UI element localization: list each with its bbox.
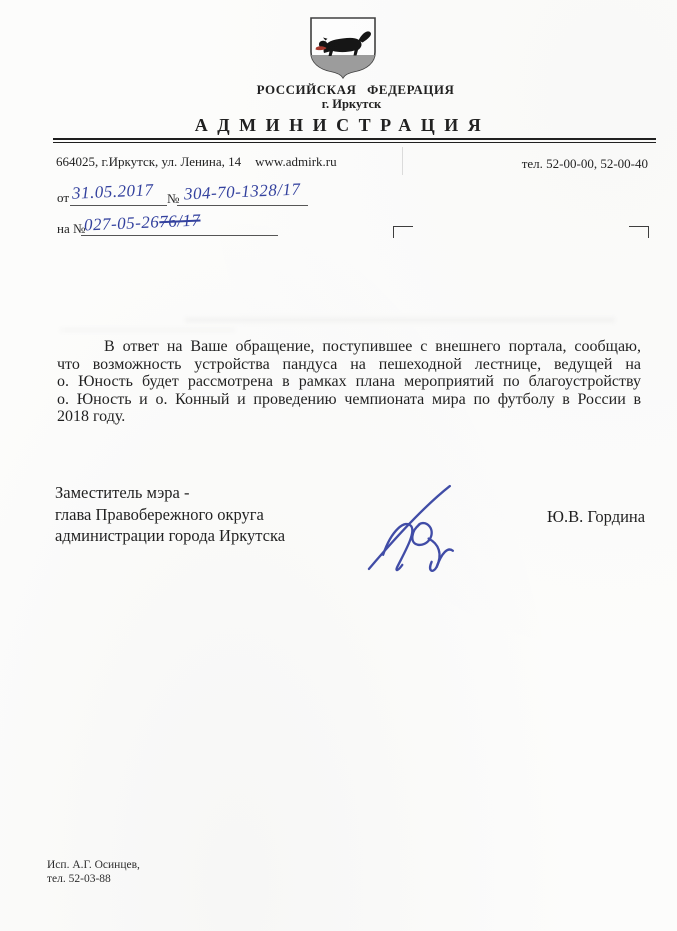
- letter-body-paragraph: В ответ на Ваше обращение, поступившее с…: [57, 338, 641, 426]
- ref-from-label: от: [57, 190, 69, 206]
- website-url: www.admirk.ru: [255, 154, 336, 169]
- handwritten-signature: [360, 480, 478, 576]
- signer-position-line: администрации города Иркутска: [55, 525, 285, 547]
- letterhead-city: г. Иркутск: [0, 97, 677, 112]
- letterhead-address-line: 664025, г.Иркутск, ул. Ленина, 14www.adm…: [56, 154, 337, 170]
- signer-position-block: Заместитель мэра - глава Правобережного …: [55, 482, 285, 547]
- ref-num-underline: [177, 205, 308, 206]
- irkutsk-coat-of-arms-icon: [309, 15, 377, 81]
- ref-num-value-handwritten: 304-70-1328/17: [184, 182, 301, 202]
- ref-on-underline: [81, 235, 278, 236]
- address-divider-line: [402, 147, 403, 175]
- ref-from-date-handwritten: 31.05.2017: [72, 182, 154, 202]
- body-line: 2018 году.: [57, 408, 641, 426]
- body-line: о. Юность и о. Конный и проведению чемпи…: [57, 391, 641, 409]
- executor-block: Исп. А.Г. Осинцев, тел. 52-03-88: [47, 858, 140, 886]
- scanned-letter-page: РОССИЙСКАЯ ФЕДЕРАЦИЯ г. Иркутск АДМИНИСТ…: [0, 0, 677, 931]
- postal-address: 664025, г.Иркутск, ул. Ленина, 14: [56, 154, 241, 169]
- signer-position-line: глава Правобережного округа: [55, 504, 285, 526]
- letterhead-org-title: АДМИНИСТРАЦИЯ: [0, 115, 677, 136]
- executor-phone: тел. 52-03-88: [47, 872, 140, 886]
- addressee-corner-mark-right: [629, 226, 649, 238]
- double-rule-divider: [53, 138, 656, 143]
- addressee-corner-mark-left: [393, 226, 413, 238]
- scan-ghost-smudge: [60, 328, 235, 332]
- letterhead-phones: тел. 52-00-00, 52-00-40: [522, 156, 648, 172]
- executor-name: Исп. А.Г. Осинцев,: [47, 858, 140, 872]
- ref-from-underline: [70, 205, 167, 206]
- letterhead-country: РОССИЙСКАЯ ФЕДЕРАЦИЯ: [0, 82, 677, 98]
- signer-position-line: Заместитель мэра -: [55, 482, 285, 504]
- body-line: о. Юность будет рассмотрена в рамках пла…: [57, 373, 641, 391]
- ref-on-value-handwritten: 027-05-2676/17: [84, 213, 201, 233]
- body-line: В ответ на Ваше обращение, поступившее с…: [57, 338, 641, 356]
- body-line: что возможность устройства пандуса на пе…: [57, 356, 641, 374]
- scan-ghost-smudge: [185, 317, 615, 323]
- struck-ref-tail: 76/17: [159, 210, 201, 231]
- signer-name: Ю.В. Гордина: [547, 507, 645, 527]
